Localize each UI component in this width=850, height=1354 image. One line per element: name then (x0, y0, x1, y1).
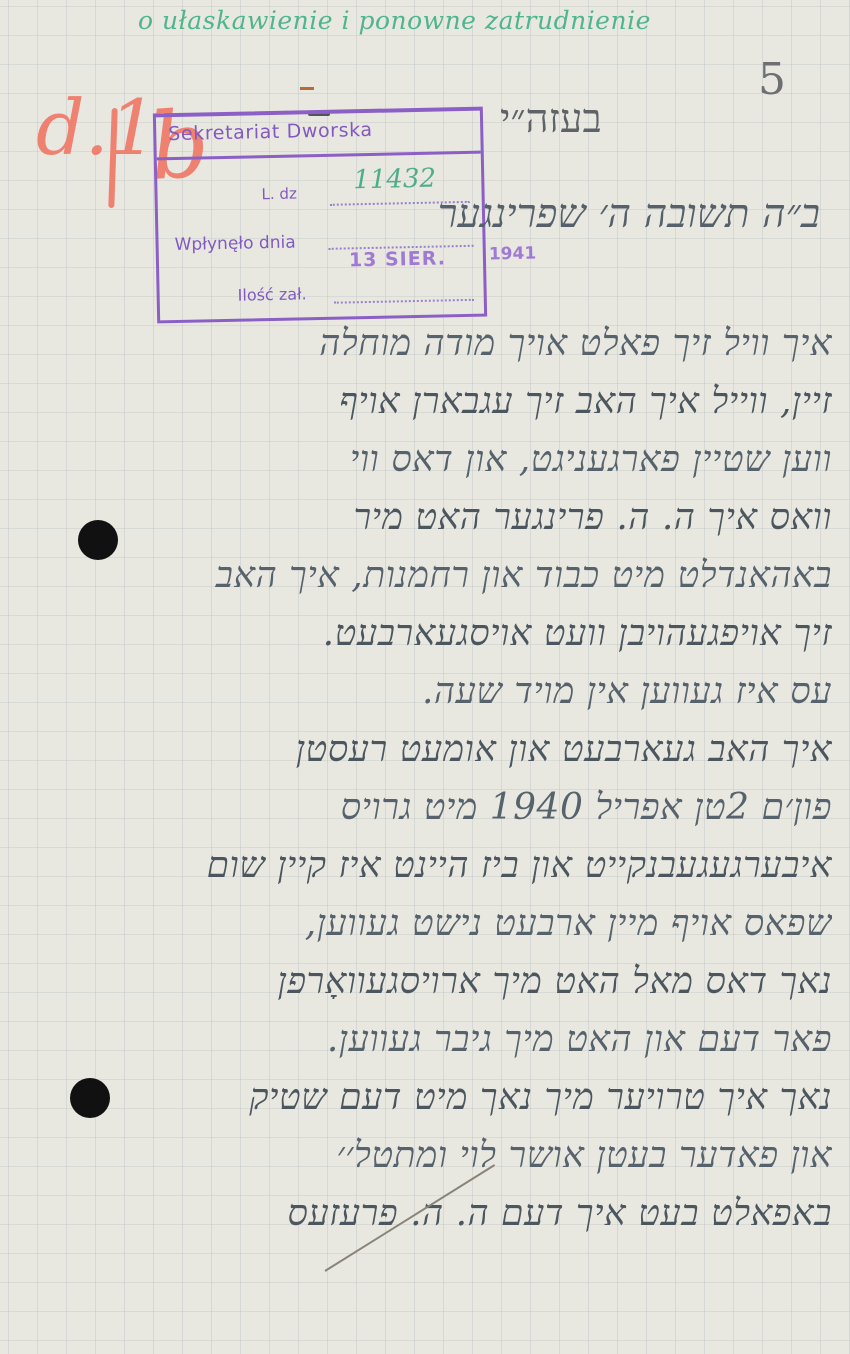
letter-heading: בעזה״י (500, 95, 602, 142)
red-pencil-annotation: d.1 (36, 90, 157, 166)
letter-line: און פאדער בעטן אושר לוי ומתטל׳׳ (20, 1127, 832, 1185)
letter-line: עס איז געווען אין מויד שעה. (20, 663, 832, 721)
letter-line: ווען שטיין פארגעניגט, און דאס ווי (20, 431, 832, 489)
stamp-received-date: 13 SIER. (349, 247, 446, 271)
letter-line: באהאנדלט מיט כבוד און רחמנות, איך האב (20, 547, 832, 605)
letter-address-line: ב״ה תשובה ה׳ שפרינגער (20, 190, 820, 237)
punch-hole (70, 1078, 110, 1118)
letter-line: איבערגעגעבנקייט און ביז היינט איז קיין ש… (20, 837, 832, 895)
letter-line: נאך איך טרויער מיך נאך מיט דעם שטיק (20, 1069, 832, 1127)
letter-line: נאך דאס מאל האט מיך ארויסגעוואָרפן (20, 953, 832, 1011)
rust-mark (300, 87, 314, 90)
letter-line: פאר דעם און האט מיך גיבר געווען. (20, 1011, 832, 1069)
letter-line: פון׳ם 2טן אפריל 1940 מיט גרויס (20, 779, 832, 837)
letter-body: איך וויל זיך פאלט אויך מודה מוחלה זיין, … (20, 315, 832, 1243)
stamp-divider (157, 151, 481, 161)
page-number: 5 (758, 54, 786, 105)
stamp-title: Sekretariat Dworska (168, 119, 373, 145)
margin-note-polish: o ułaskawienie i ponowne zatrudnienie (138, 6, 651, 35)
stamp-attachments-label: Ilość zał. (237, 284, 306, 304)
letter-line: שפאס אויף מיין ארבעט נישט געווען, (20, 895, 832, 953)
document-page: o ułaskawienie i ponowne zatrudnienie 5 … (0, 0, 850, 1354)
letter-line: באפאלט בעט איך דעם ה. ה. פרעזעס (20, 1185, 832, 1243)
stamp-received-year: 1941 (489, 243, 537, 264)
letter-line: איך וויל זיך פאלט אויך מודה מוחלה (20, 315, 832, 373)
letter-line: זיך אויפגעהויבן וועט אויסגעארבעט. (20, 605, 832, 663)
letter-line: איך האב געארבעט און אומעט רעסטן (20, 721, 832, 779)
punch-hole (78, 520, 118, 560)
letter-line: זיין, ווייל איך האב זיך עגבארן אויף (20, 373, 832, 431)
letter-line: וואס איך ה. ה. פרינגער האט מיר (20, 489, 832, 547)
stamp-attachments-dots (334, 299, 474, 304)
